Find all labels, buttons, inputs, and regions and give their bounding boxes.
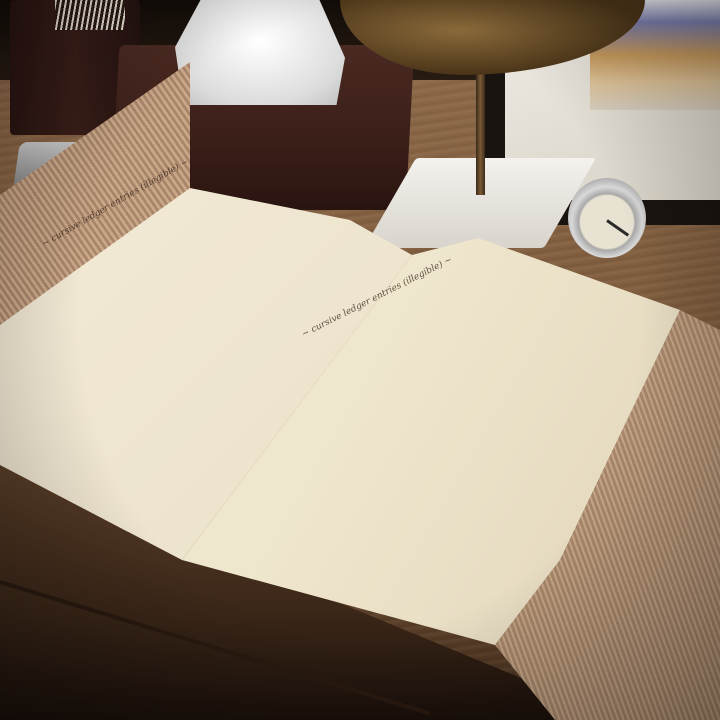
quills [55, 0, 125, 30]
desk-scene-photo: ~ cursive ledger entries (illegible) ~ ~… [0, 0, 720, 720]
alarm-clock-icon [568, 178, 646, 258]
sculpture-stand-pole [476, 70, 485, 195]
tissue [175, 0, 345, 105]
